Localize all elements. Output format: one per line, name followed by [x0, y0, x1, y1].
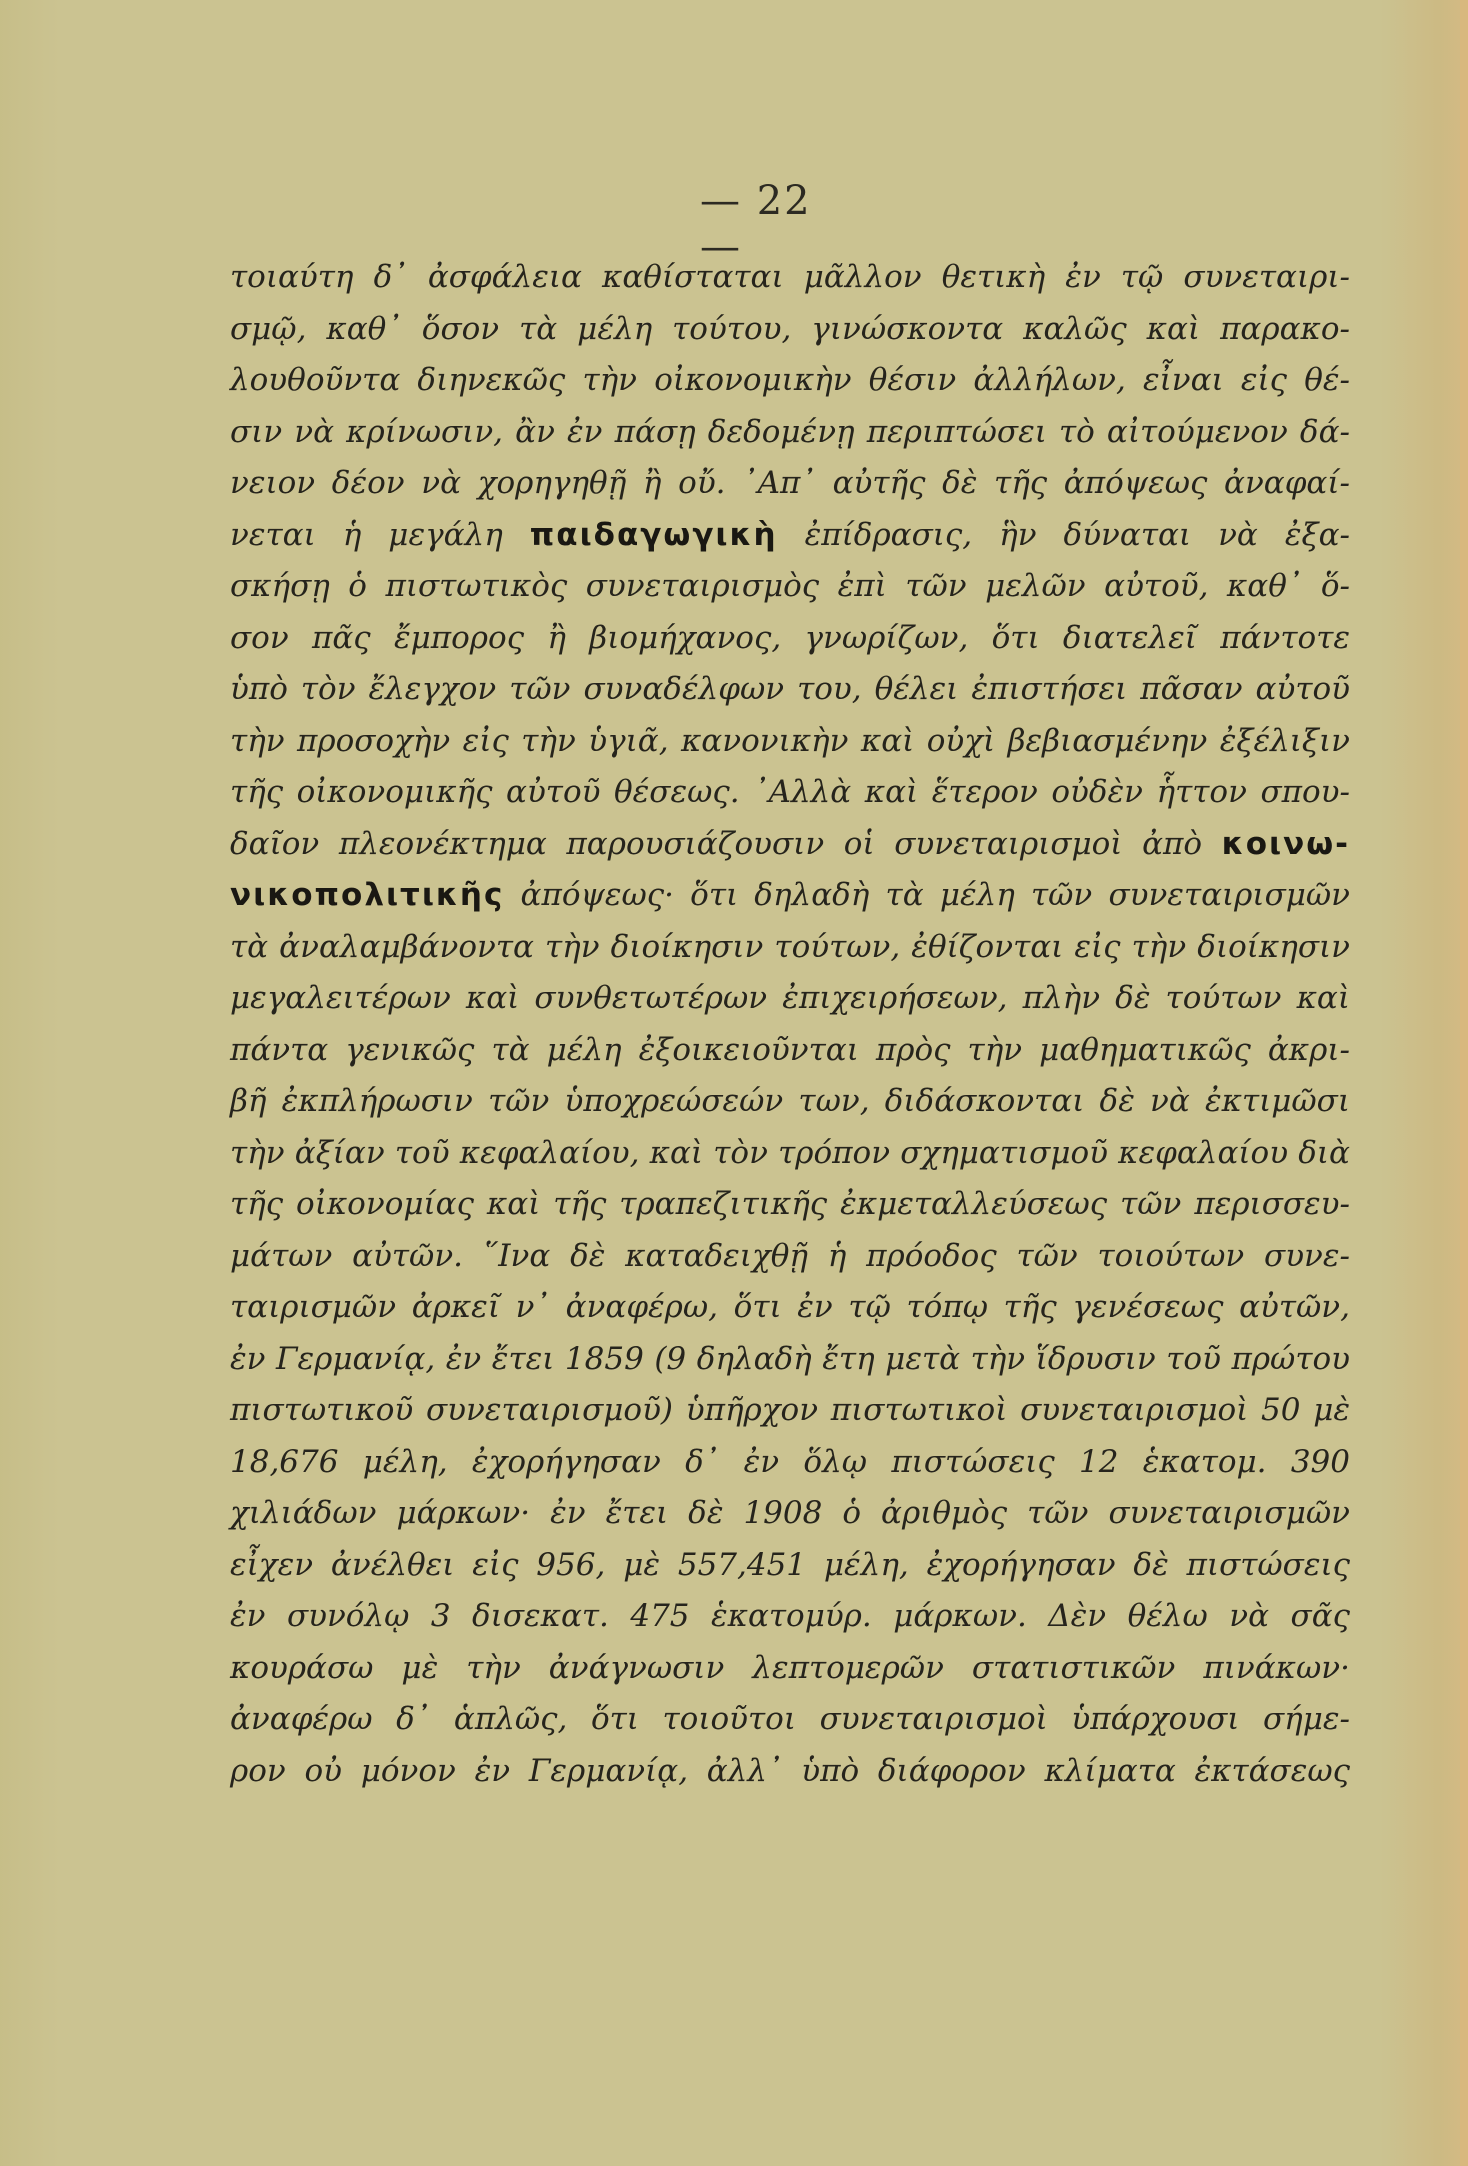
text-line: πάντα γενικῶς τὰ μέλη ἐξοικειοῦνται πρὸς… [230, 1025, 1350, 1077]
text-line: μεγαλειτέρων καὶ συνθετωτέρων ἐπιχειρήσε… [230, 973, 1350, 1025]
text-line: τῆς οἰκονομικῆς αὐτοῦ θέσεως. ᾿Αλλὰ καὶ … [230, 767, 1350, 819]
text-line: ταιρισμῶν ἀρκεῖ ν᾽ ἀναφέρω, ὅτι ἐν τῷ τό… [230, 1282, 1350, 1334]
scanned-page: — 22 — τοιαύτη δ᾽ ἀσφάλεια καθίσταται μᾶ… [0, 0, 1468, 2166]
text-line: μάτων αὐτῶν. ῞Ινα δὲ καταδειχθῇ ἡ πρόοδο… [230, 1231, 1350, 1283]
text-line: κουράσω μὲ τὴν ἀνάγνωσιν λεπτομερῶν στατ… [230, 1643, 1350, 1695]
text-line: ἀναφέρω δ᾽ ἁπλῶς, ὅτι τοιοῦτοι συνεταιρι… [230, 1694, 1350, 1746]
page-edge [1460, 0, 1468, 2166]
text-line: σκήσῃ ὁ πιστωτικὸς συνεταιρισμὸς ἐπὶ τῶν… [230, 561, 1350, 613]
text-line: τὰ ἀναλαμβάνοντα τὴν διοίκησιν τούτων, ἐ… [230, 922, 1350, 974]
text-segment: δαῖον πλεονέκτημα παρουσιάζουσιν οἱ συνε… [230, 826, 1222, 862]
text-segment: ἐπίδρασις, ἣν δύναται νὰ ἐξα- [778, 517, 1350, 553]
text-line: χιλιάδων μάρκων· ἐν ἔτει δὲ 1908 ὁ ἀριθμ… [230, 1488, 1350, 1540]
text-line: σον πᾶς ἔμπορος ἢ βιομήχανος, γνωρίζων, … [230, 613, 1350, 665]
text-line: 18,676 μέλη, ἐχορήγησαν δ᾽ ἐν ὅλῳ πιστώσ… [230, 1437, 1350, 1489]
text-line: νικοπολιτικῆς ἀπόψεως· ὅτι δηλαδὴ τὰ μέλ… [230, 870, 1350, 922]
text-line: τὴν προσοχὴν εἰς τὴν ὑγιᾶ, κανονικὴν καὶ… [230, 716, 1350, 768]
text-line: ρον οὐ μόνον ἐν Γερμανίᾳ, ἀλλ᾽ ὑπὸ διάφο… [230, 1746, 1350, 1798]
text-line: λουθοῦντα διηνεκῶς τὴν οἰκονομικὴν θέσιν… [230, 355, 1350, 407]
emphasized-term: νικοπολιτικῆς [230, 877, 504, 913]
text-line: ὑπὸ τὸν ἔλεγχον τῶν συναδέλφων του, θέλε… [230, 664, 1350, 716]
body-paragraph: τοιαύτη δ᾽ ἀσφάλεια καθίσταται μᾶλλον θε… [230, 252, 1350, 1797]
text-line: ἐν συνόλῳ 3 δισεκατ. 475 ἑκατομύρ. μάρκω… [230, 1591, 1350, 1643]
text-segment: ἀπόψεως· ὅτι δηλαδὴ τὰ μέλη τῶν συνεταιρ… [504, 877, 1350, 913]
text-segment: νεται ἡ μεγάλη [230, 517, 530, 553]
text-line: βῆ ἐκπλήρωσιν τῶν ὑποχρεώσεών των, διδάσ… [230, 1076, 1350, 1128]
text-line: σμῷ, καθ᾽ ὅσον τὰ μέλη τούτου, γινώσκοντ… [230, 304, 1350, 356]
text-line: πιστωτικοῦ συνεταιρισμοῦ) ὑπῆρχον πιστωτ… [230, 1385, 1350, 1437]
emphasized-term: παιδαγωγικὴ [530, 517, 778, 553]
text-line: νειον δέον νὰ χορηγηθῇ ἢ οὔ. ᾿Απ᾽ αὐτῆς … [230, 458, 1350, 510]
text-line: νεται ἡ μεγάλη παιδαγωγικὴ ἐπίδρασις, ἣν… [230, 510, 1350, 562]
text-line: τοιαύτη δ᾽ ἀσφάλεια καθίσταται μᾶλλον θε… [230, 252, 1350, 304]
text-line: ἐν Γερμανίᾳ, ἐν ἔτει 1859 (9 δηλαδὴ ἔτη … [230, 1334, 1350, 1386]
text-line: τῆς οἰκονομίας καὶ τῆς τραπεζιτικῆς ἐκμε… [230, 1179, 1350, 1231]
text-line: σιν νὰ κρίνωσιν, ἂν ἐν πάσῃ δεδομένῃ περ… [230, 407, 1350, 459]
text-line: τὴν ἀξίαν τοῦ κεφαλαίου, καὶ τὸν τρόπον … [230, 1128, 1350, 1180]
text-line: δαῖον πλεονέκτημα παρουσιάζουσιν οἱ συνε… [230, 819, 1350, 871]
emphasized-term: κοινω- [1222, 826, 1350, 862]
text-line: εἶχεν ἀνέλθει εἰς 956, μὲ 557,451 μέλη, … [230, 1540, 1350, 1592]
